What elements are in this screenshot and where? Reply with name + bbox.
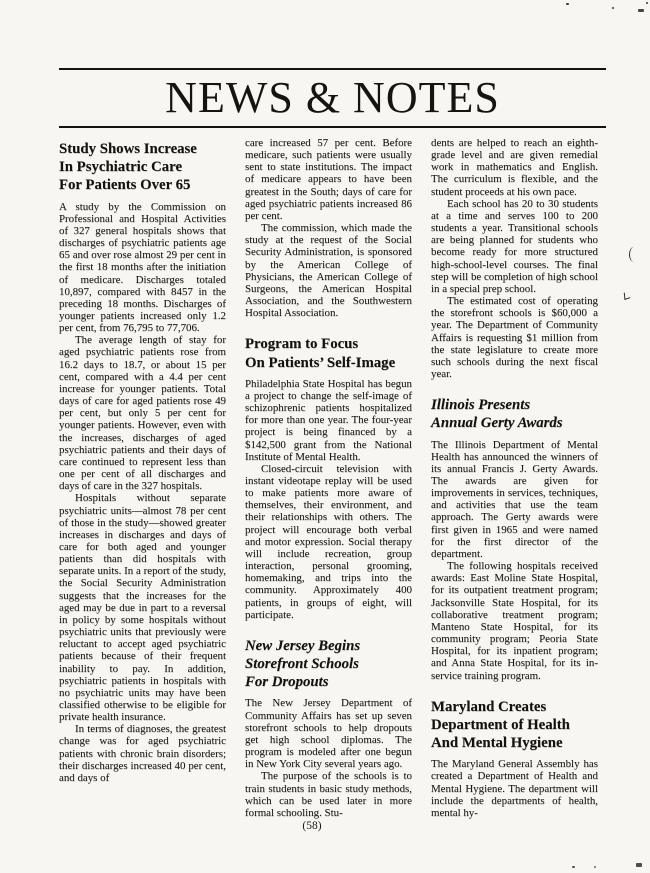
paragraph: Each school has 20 to 30 students at a t… [431, 198, 598, 295]
paragraph: A study by the Commission on Professiona… [59, 201, 226, 335]
paragraph: The estimated cost of operating the stor… [431, 295, 598, 380]
article-heading: Study Shows IncreaseIn Psychiatric CareF… [59, 140, 226, 195]
heading-line: For Patients Over 65 [59, 176, 226, 194]
scanned-journal-page: NEWS & NOTES Study Shows IncreaseIn Psyc… [0, 0, 650, 873]
heading-line: New Jersey Begins [245, 637, 412, 655]
article-heading: Maryland CreatesDepartment of HealthAnd … [431, 698, 598, 753]
paragraph: The average length of stay for aged psyc… [59, 334, 226, 492]
paragraph: The Maryland General Assembly has create… [431, 758, 598, 819]
heading-line: Department of Health [431, 716, 598, 734]
paragraph: dents are helped to reach an eighth-grad… [431, 137, 598, 198]
article-heading: Program to FocusOn Patients’ Self-Image [245, 335, 412, 371]
columns: Study Shows IncreaseIn Psychiatric CareF… [59, 137, 598, 819]
heading-line: On Patients’ Self-Image [245, 354, 412, 372]
heading-line: Annual Gerty Awards [431, 414, 598, 432]
scan-speck [566, 3, 569, 5]
paragraph: In terms of diagnoses, the greatest chan… [59, 723, 226, 784]
paragraph: Philadelphia State Hospital has begun a … [245, 378, 412, 463]
column-2: care increased 57 per cent. Before medic… [245, 137, 412, 819]
paragraph: Hospitals without separate psychiatric u… [59, 492, 226, 723]
heading-line: Program to Focus [245, 335, 412, 353]
heading-line: In Psychiatric Care [59, 158, 226, 176]
scan-speck [636, 863, 642, 867]
heading-line: Illinois Presents [431, 396, 598, 414]
paragraph: The New Jersey Department of Community A… [245, 697, 412, 770]
article-heading: New Jersey BeginsStorefront SchoolsFor D… [245, 637, 412, 692]
scan-speck [594, 866, 596, 868]
masthead: NEWS & NOTES [59, 68, 606, 128]
page-number: (58) [0, 820, 624, 832]
scan-mark [629, 247, 637, 262]
heading-line: Study Shows Increase [59, 140, 226, 158]
heading-line: And Mental Hygiene [431, 734, 598, 752]
paragraph: care increased 57 per cent. Before medic… [245, 137, 412, 222]
paragraph: Closed-circuit television with instant v… [245, 463, 412, 621]
scan-speck [638, 9, 644, 12]
heading-line: Maryland Creates [431, 698, 598, 716]
heading-line: Storefront Schools [245, 655, 412, 673]
article-heading: Illinois PresentsAnnual Gerty Awards [431, 396, 598, 432]
column-1: Study Shows IncreaseIn Psychiatric CareF… [59, 137, 226, 819]
paragraph: The purpose of the schools is to train s… [245, 770, 412, 819]
scan-mark [624, 291, 630, 300]
paragraph: The Illinois Department of Mental Health… [431, 439, 598, 561]
paragraph: The commission, which made the study at … [245, 222, 412, 319]
scan-speck [646, 2, 648, 4]
scan-speck [612, 7, 614, 9]
page-title: NEWS & NOTES [165, 72, 500, 123]
scan-speck [572, 866, 575, 868]
paragraph: The following hospitals received awards:… [431, 560, 598, 682]
heading-line: For Dropouts [245, 673, 412, 691]
column-3: dents are helped to reach an eighth-grad… [431, 137, 598, 819]
